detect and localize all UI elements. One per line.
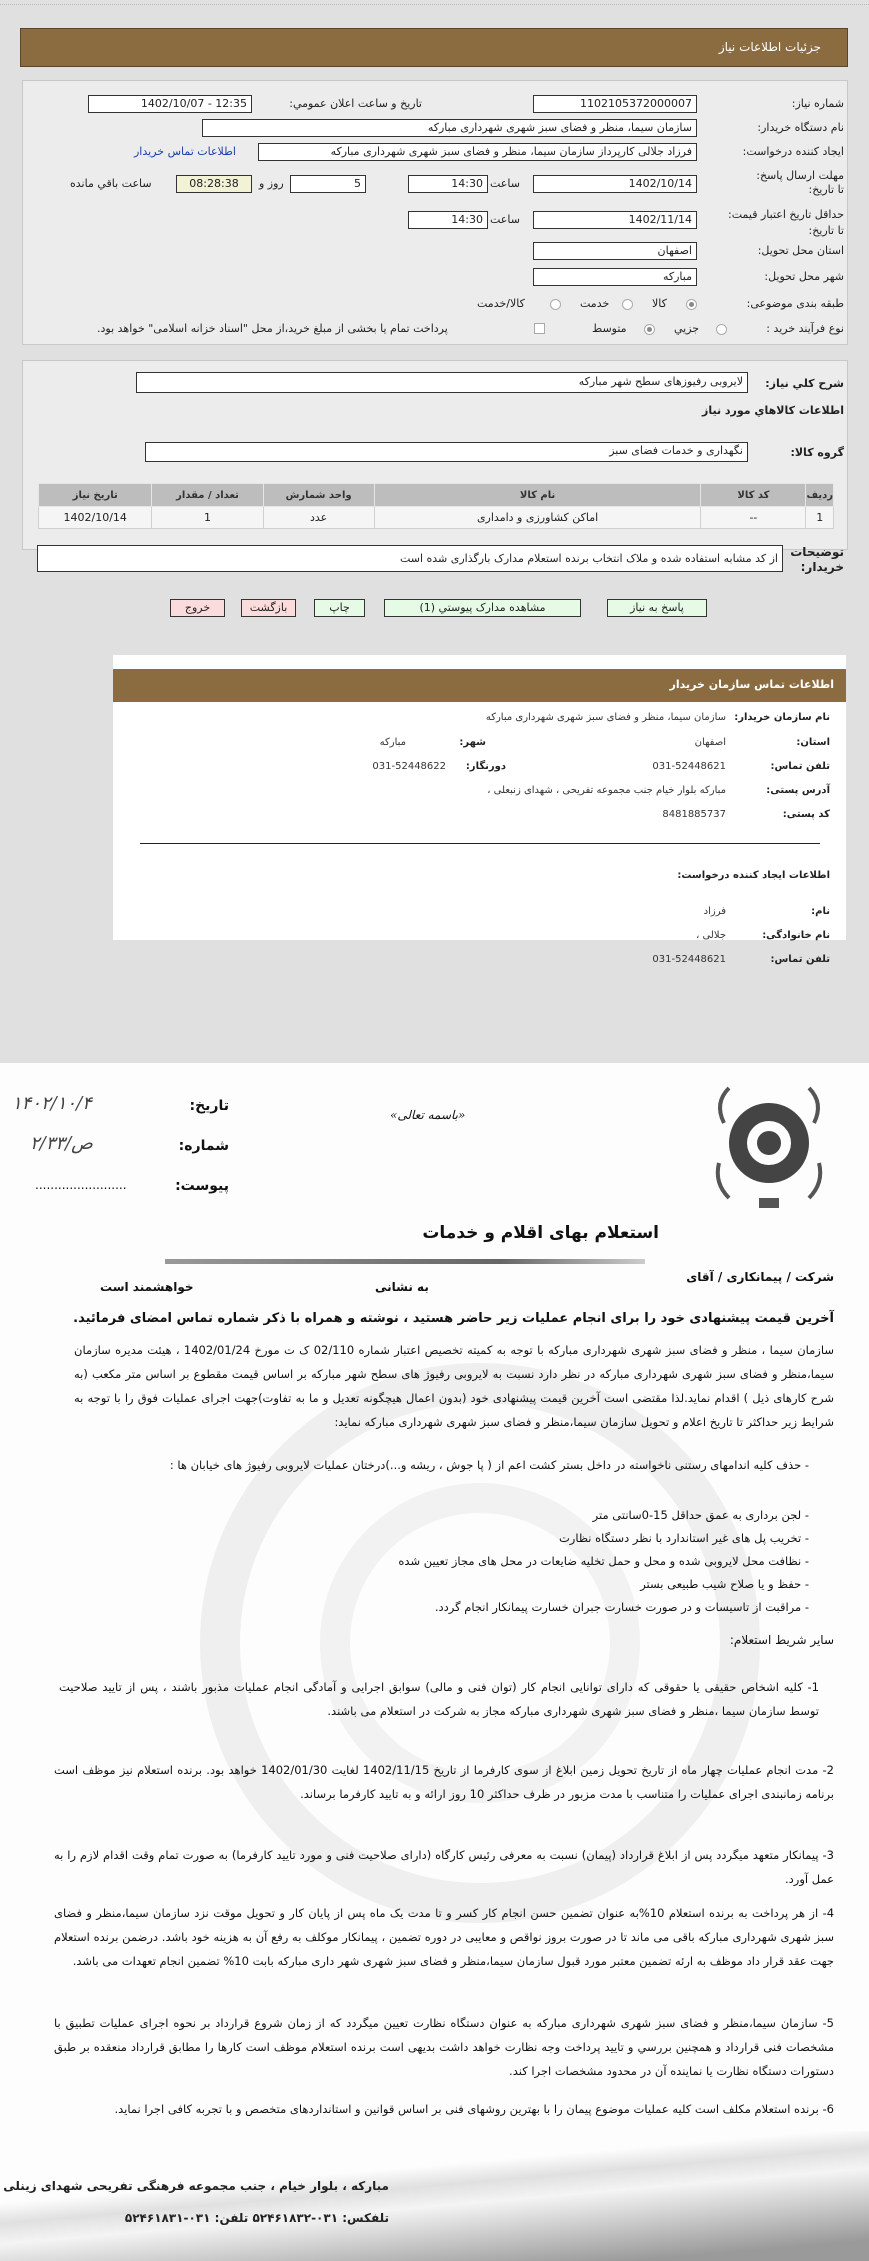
buyer-contact-link[interactable]: اطلاعات تماس خریدار bbox=[134, 145, 236, 158]
creator-label: ایجاد کننده درخواست: bbox=[743, 145, 844, 158]
col-goods-name: نام کالا bbox=[374, 484, 701, 507]
doc-bullet-5-text: حفظ و یا صلاح شیب طبیعی بستر bbox=[640, 1577, 801, 1591]
contact-postal-label: کد پستی: bbox=[783, 809, 830, 820]
doc-footer-address: مبارکه ، بلوار خیام ، جنب مجموعه فرهنگی … bbox=[3, 2179, 389, 2193]
process-option-medium: متوسط bbox=[592, 322, 627, 335]
announce-field[interactable]: 1402/10/07 - 12:35 bbox=[88, 95, 252, 113]
buyer-notes-label: توضیحات خریدار: bbox=[806, 545, 844, 575]
page-title: جزئيات اطلاعات نیاز bbox=[719, 40, 821, 54]
process-radio-minor[interactable] bbox=[716, 324, 727, 335]
process-label: نوع فرآیند خرید : bbox=[766, 322, 844, 335]
doc-date-value: ۱۴۰۲/۱۰/۴ bbox=[12, 1093, 92, 1114]
doc-bullet-6: - مراقبت از تاسیسات و در صورت خسارت جبرا… bbox=[109, 1595, 809, 1619]
city-label: شهر محل تحویل: bbox=[764, 270, 844, 283]
doc-bullet-6-text: مراقبت از تاسیسات و در صورت خسارت جبران … bbox=[435, 1600, 801, 1614]
category-radio-goods[interactable] bbox=[686, 299, 697, 310]
items-table: ردیف کد کالا نام کالا واحد شمارش تعداد /… bbox=[38, 483, 834, 529]
province-label: استان محل تحویل: bbox=[758, 244, 844, 257]
print-button[interactable]: چاپ bbox=[314, 599, 365, 617]
doc-condition-2: 2- مدت انجام عملیات چهار ماه از تاریخ تح… bbox=[54, 1758, 834, 1806]
contact-org-value: سازمان سیما، منظر و فضای سبز شهری شهردار… bbox=[486, 712, 726, 723]
doc-condition-5: 5- سازمان سیما،منظر و فضای سبز شهری شهرد… bbox=[54, 2011, 834, 2083]
doc-bullet-5: - حفظ و یا صلاح شیب طبیعی بستر bbox=[109, 1572, 809, 1596]
col-row-number: ردیف bbox=[806, 484, 834, 507]
view-attachments-button[interactable]: مشاهده مدارک پيوستي (1) bbox=[384, 599, 581, 617]
days-remaining-field[interactable]: 5 bbox=[290, 175, 366, 193]
price-validity-date-field[interactable]: 1402/11/14 bbox=[533, 211, 697, 229]
doc-request-line: خواهشمند است bbox=[100, 1280, 194, 1294]
price-validity-time-field[interactable]: 14:30 bbox=[408, 211, 488, 229]
doc-condition-3: 3- پیمانکار متعهد میگردد پس از ابلاغ قرا… bbox=[54, 1843, 834, 1891]
price-validity-time-label: ساعت bbox=[490, 213, 520, 226]
doc-bullet-2-text: لجن برداری به عمق حداقل 15-0سانتی متر bbox=[593, 1508, 802, 1522]
doc-bismillah: «باسمه تعالی» bbox=[390, 1108, 465, 1122]
doc-attachment-dots: ........................ bbox=[35, 1178, 127, 1192]
cell-row-number: 1 bbox=[806, 507, 834, 529]
exit-button[interactable]: خروج bbox=[170, 599, 225, 617]
doc-intro-paragraph: سازمان سیما ، منظر و فضای سبز شهری شهردا… bbox=[74, 1338, 834, 1434]
creator-phone-label: تلفن تماس: bbox=[770, 954, 830, 965]
scanned-inquiry-document: تاریخ: ۱۴۰۲/۱۰/۴ شماره: ص/۲/۳۳ پیوست: ..… bbox=[0, 1063, 869, 2261]
remaining-time-field: 08:28:38 bbox=[176, 175, 252, 193]
doc-number-value: ص/۲/۳۳ bbox=[30, 1133, 93, 1154]
contact-address-label: آدرس پستی: bbox=[766, 785, 830, 796]
category-option-goods: کالا bbox=[652, 297, 667, 310]
need-number-label: شماره نیاز: bbox=[792, 97, 844, 110]
col-unit: واحد شمارش bbox=[263, 484, 374, 507]
doc-bullet-4: - نظافت محل لایروبی شده و محل و حمل تخلی… bbox=[109, 1549, 809, 1573]
buyer-contact-card: اطلاعات تماس سازمان خریدار نام سازمان خر… bbox=[113, 655, 846, 940]
col-goods-code: کد کالا bbox=[701, 484, 806, 507]
doc-address-line: به نشانی bbox=[375, 1280, 429, 1294]
reply-button[interactable]: پاسخ به نياز bbox=[607, 599, 707, 617]
doc-attachment-label: پیوست: bbox=[175, 1178, 229, 1194]
creator-phone-value: 031-52448621 bbox=[652, 954, 726, 965]
doc-condition-4: 4- از هر پرداخت به برنده استعلام 10%به ع… bbox=[54, 1901, 834, 1973]
need-number-field[interactable]: 1102105372000007 bbox=[533, 95, 697, 113]
municipality-logo-icon bbox=[699, 1073, 839, 1223]
doc-bullet-1: - حذف کلیه اندامهای رستنی ناخواسته در دا… bbox=[109, 1453, 809, 1477]
province-field[interactable]: اصفهان bbox=[533, 242, 697, 260]
announce-label: تاريخ و ساعت اعلان عمومي: bbox=[289, 97, 422, 110]
top-separator bbox=[0, 0, 869, 5]
goods-group-label: گروه کالا: bbox=[790, 446, 844, 459]
contact-address-value: مبارکه بلوار خیام جنب مجموعه تفریحی ، شه… bbox=[487, 785, 726, 796]
remaining-label: ساعت باقي مانده bbox=[70, 177, 152, 190]
doc-date-label: تاریخ: bbox=[189, 1098, 229, 1114]
page-title-bar: جزئيات اطلاعات نیاز bbox=[20, 28, 848, 67]
doc-footer: مبارکه ، بلوار خیام ، جنب مجموعه فرهنگی … bbox=[0, 2131, 869, 2261]
process-radio-medium[interactable] bbox=[644, 324, 655, 335]
cell-goods-code: -- bbox=[701, 507, 806, 529]
creator-field[interactable]: فرزاد جلالی کارپرداز سازمان سیما، منظر و… bbox=[258, 143, 697, 161]
creator-info-heading: اطلاعات ایجاد کننده درخواست: bbox=[677, 870, 830, 881]
contact-fax-label: دورنگار: bbox=[466, 761, 506, 772]
contact-divider bbox=[140, 843, 820, 844]
contact-org-label: نام سازمان خریدار: bbox=[734, 712, 830, 723]
doc-title: استعلام بهای اقلام و خدمات bbox=[422, 1223, 659, 1243]
contact-city-value: مبارکه bbox=[380, 737, 406, 748]
reply-deadline-label: مهلت ارسال پاسخ: تا تاریخ: bbox=[754, 169, 844, 197]
col-need-date: تاریخ نیاز bbox=[39, 484, 152, 507]
category-label: طبقه بندی موضوعی: bbox=[747, 297, 844, 310]
doc-bullet-1-text: حذف کلیه اندامهای رستنی ناخواسته در داخل… bbox=[170, 1458, 801, 1472]
creator-family-label: نام خانوادگی: bbox=[762, 930, 830, 941]
days-label: روز و bbox=[259, 177, 284, 190]
need-summary-label: شرح کلي نياز: bbox=[765, 377, 844, 390]
creator-name-value: فرزاد bbox=[704, 906, 726, 917]
treasury-note: پرداخت تمام یا بخشی از مبلغ خرید،از محل … bbox=[97, 322, 448, 335]
doc-bullet-3: - تخریب پل های غیر استاندارد با نظر دستگ… bbox=[109, 1526, 809, 1550]
contact-card-title: اطلاعات تماس سازمان خریدار bbox=[670, 678, 834, 691]
doc-other-conditions-label: سایر شریط استعلام: bbox=[730, 1633, 834, 1647]
cell-quantity: 1 bbox=[152, 507, 263, 529]
contact-card-header: اطلاعات تماس سازمان خریدار bbox=[113, 669, 846, 702]
category-option-service: خدمت bbox=[580, 297, 609, 310]
contact-phone-value: 031-52448621 bbox=[652, 761, 726, 772]
category-radio-service[interactable] bbox=[622, 299, 633, 310]
items-heading: اطلاعات کالاهاي مورد نياز bbox=[702, 404, 844, 417]
doc-condition-6: 6- برنده استعلام مکلف است کلیه عملیات مو… bbox=[54, 2097, 834, 2121]
contact-province-value: اصفهان bbox=[695, 737, 726, 748]
contact-city-label: شهر: bbox=[459, 737, 486, 748]
doc-number-label: شماره: bbox=[179, 1138, 229, 1154]
doc-footer-phones: تلفکس: ۰۳۱-۵۲۴۶۱۸۳۲ تلفن: ۰۳۱-۵۲۴۶۱۸۳۱ bbox=[125, 2211, 389, 2225]
col-quantity: تعداد / مقدار bbox=[152, 484, 263, 507]
reply-time-field[interactable]: 14:30 bbox=[408, 175, 488, 193]
contact-postal-value: 8481885737 bbox=[662, 809, 726, 820]
buyer-org-label: نام دستگاه خریدار: bbox=[757, 121, 844, 134]
price-validity-label: حداقل تاریخ اعتبار قیمت: تا تاریخ: bbox=[724, 207, 844, 239]
cell-goods-name: اماکن کشاورزی و دامداری bbox=[374, 507, 701, 529]
contact-card-extension bbox=[113, 940, 846, 970]
doc-bold-intro: آخرین قیمت پیشنهادی خود را برای انجام عم… bbox=[73, 1311, 834, 1326]
doc-bullet-3-text: تخریب پل های غیر استاندارد با نظر دستگاه… bbox=[559, 1531, 801, 1545]
creator-family-value: جلالی ، bbox=[696, 930, 726, 941]
category-option-goods-service: کالا/خدمت bbox=[477, 297, 525, 310]
header-rule bbox=[165, 1259, 645, 1264]
need-summary-field[interactable]: لایروبی رفیوزهای سطح شهر مبارکه bbox=[136, 372, 748, 393]
treasury-checkbox[interactable] bbox=[534, 323, 545, 334]
doc-company-line: شرکت / پیمانکاری / آقای bbox=[686, 1270, 834, 1284]
contact-phone-label: تلفن تماس: bbox=[770, 761, 830, 772]
goods-group-field[interactable]: نگهداری و خدمات فضای سبز bbox=[145, 442, 748, 462]
buyer-org-field[interactable]: سازمان سیما، منظر و فضای سبز شهری شهردار… bbox=[202, 119, 697, 137]
city-field[interactable]: مبارکه bbox=[533, 268, 697, 286]
doc-condition-1: 1- کلیه اشخاص حقیقی یا حقوقی که دارای تو… bbox=[59, 1675, 819, 1723]
reply-time-label: ساعت bbox=[490, 177, 520, 190]
cell-need-date: 1402/10/14 bbox=[39, 507, 152, 529]
category-radio-goods-service[interactable] bbox=[550, 299, 561, 310]
table-row: 1 -- اماکن کشاورزی و دامداری عدد 1 1402/… bbox=[39, 507, 834, 529]
contact-province-label: استان: bbox=[796, 737, 830, 748]
contact-fax-value: 031-52448622 bbox=[372, 761, 446, 772]
process-option-minor: جزيي bbox=[674, 322, 699, 335]
buyer-notes-field[interactable]: از کد مشابه استفاده شده و ملاک انتخاب بر… bbox=[37, 545, 783, 572]
creator-name-label: نام: bbox=[811, 906, 830, 917]
doc-bullet-4-text: نظافت محل لایروبی شده و محل و حمل تخلیه … bbox=[398, 1554, 801, 1568]
doc-bullet-2: - لجن برداری به عمق حداقل 15-0سانتی متر bbox=[109, 1503, 809, 1527]
reply-date-field[interactable]: 1402/10/14 bbox=[533, 175, 697, 193]
back-button[interactable]: بازگشت bbox=[241, 599, 296, 617]
cell-unit: عدد bbox=[263, 507, 374, 529]
